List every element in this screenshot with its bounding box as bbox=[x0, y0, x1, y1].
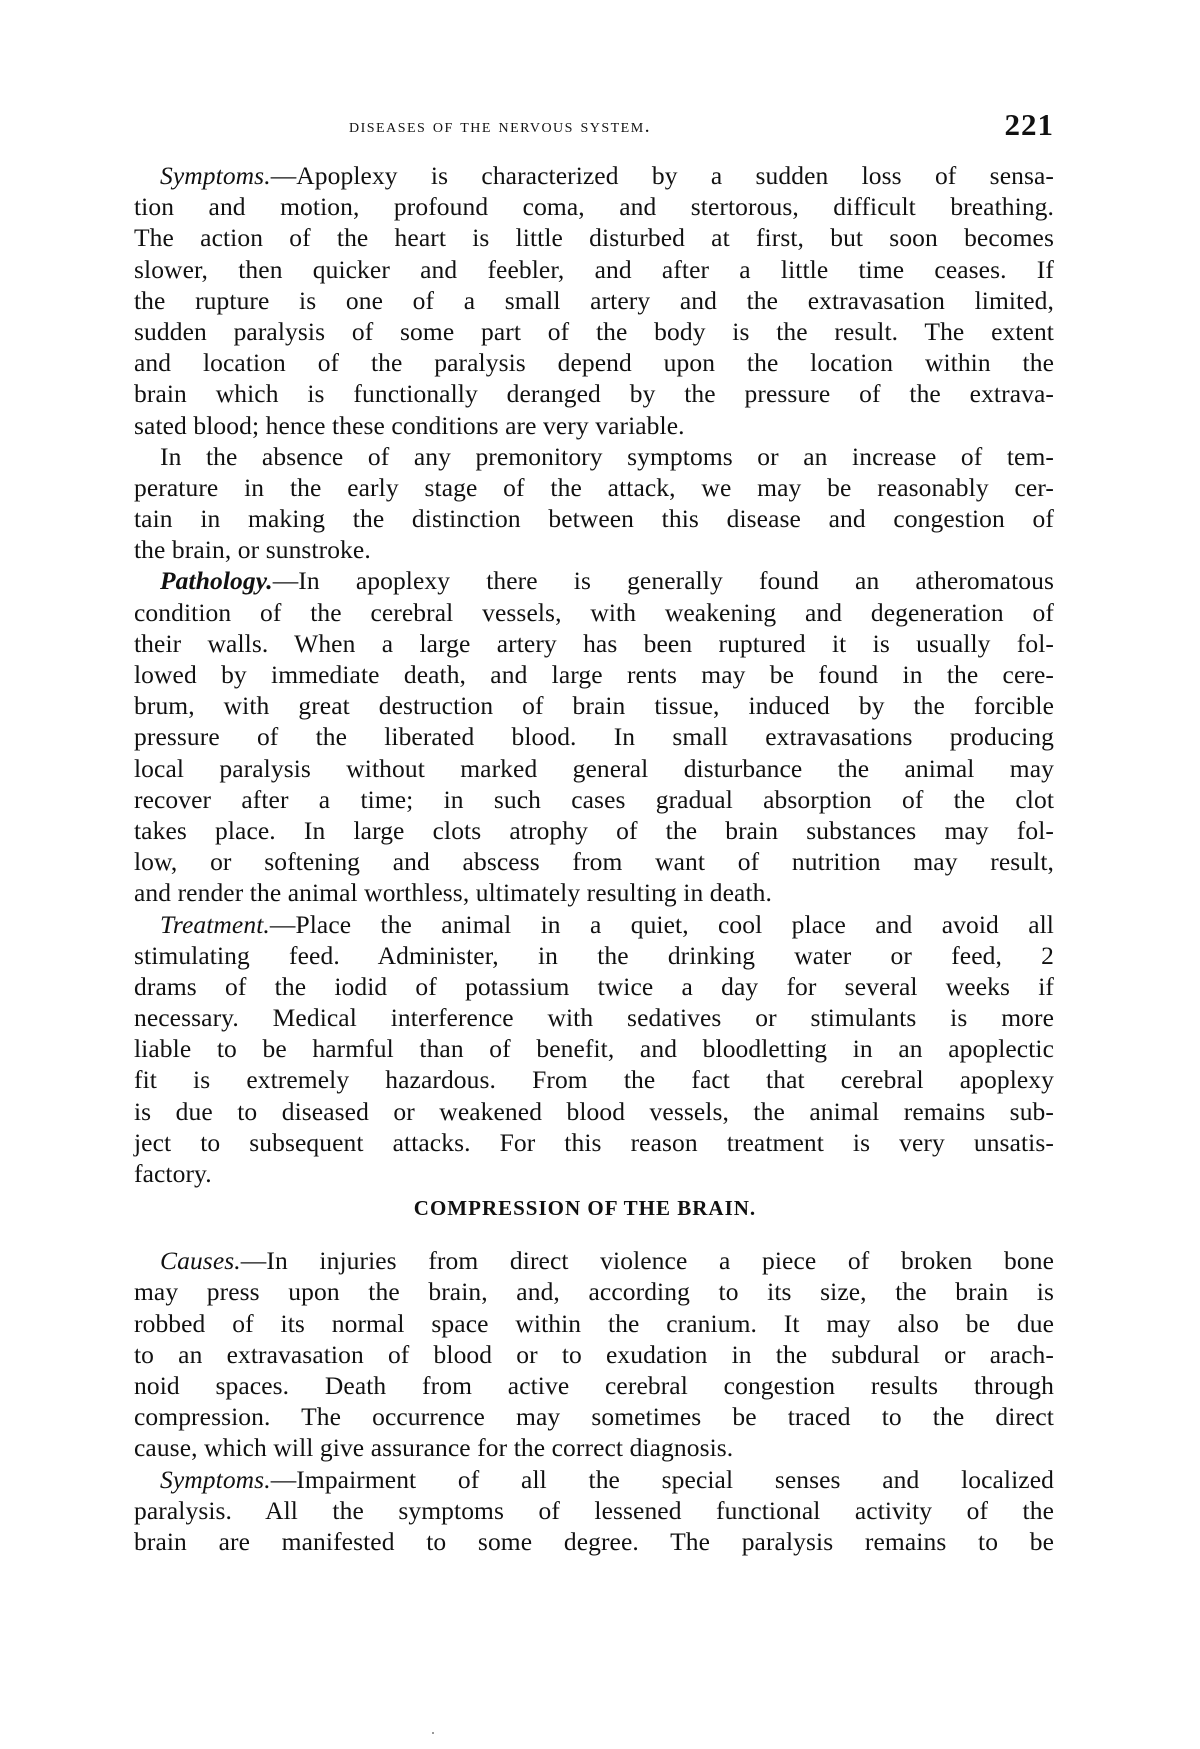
text-line: tain in making the distinction between t… bbox=[134, 503, 1054, 534]
paragraph-compression-symptoms: Symptoms.—Impairment of all the special … bbox=[134, 1464, 1054, 1558]
text-line: noid spaces. Death from active cerebral … bbox=[134, 1370, 1054, 1401]
body-text: Symptoms.—Apoplexy is characterized by a… bbox=[134, 160, 1054, 1557]
paragraph-compression-causes: Causes.—In injuries from direct violence… bbox=[134, 1245, 1054, 1463]
text-line: Symptoms.—Apoplexy is characterized by a… bbox=[134, 160, 1054, 191]
text-line: sated blood; hence these conditions are … bbox=[134, 410, 1054, 441]
paragraph-apoplexy-diagnosis: In the absence of any premonitory sympto… bbox=[134, 441, 1054, 566]
text-line: ject to subsequent attacks. For this rea… bbox=[134, 1127, 1054, 1158]
text-line: local paralysis without marked general d… bbox=[134, 753, 1054, 784]
text-line: factory. bbox=[134, 1158, 1054, 1189]
section-heading-compression-of-the-brain: COMPRESSION OF THE BRAIN. bbox=[134, 1193, 1054, 1237]
text-line: their walls. When a large artery has bee… bbox=[134, 628, 1054, 659]
text-line: brain which is functionally deranged by … bbox=[134, 378, 1054, 409]
text-line: cause, which will give assurance for the… bbox=[134, 1432, 1054, 1463]
text-line: the rupture is one of a small artery and… bbox=[134, 285, 1054, 316]
text-line: is due to diseased or weakened blood ves… bbox=[134, 1096, 1054, 1127]
text-line: compression. The occurrence may sometime… bbox=[134, 1401, 1054, 1432]
text-line: fit is extremely hazardous. From the fac… bbox=[134, 1064, 1054, 1095]
run-in-heading: Symptoms. bbox=[160, 1465, 271, 1494]
text-line: and render the animal worthless, ultimat… bbox=[134, 877, 1054, 908]
text-line: to an extravasation of blood or to exuda… bbox=[134, 1339, 1054, 1370]
text-line: Treatment.—Place the animal in a quiet, … bbox=[134, 909, 1054, 940]
run-in-heading: Causes. bbox=[160, 1246, 241, 1275]
text-line: lowed by immediate death, and large rent… bbox=[134, 659, 1054, 690]
text-line: takes place. In large clots atrophy of t… bbox=[134, 815, 1054, 846]
running-head-title: DISEASES OF THE NERVOUS SYSTEM. bbox=[349, 115, 651, 138]
text-line: Causes.—In injuries from direct violence… bbox=[134, 1245, 1054, 1276]
running-head: DISEASES OF THE NERVOUS SYSTEM. 221 bbox=[134, 107, 1054, 147]
text-line: paralysis. All the symptoms of lessened … bbox=[134, 1495, 1054, 1526]
run-in-heading: Pathology. bbox=[160, 566, 273, 595]
text-line: drams of the iodid of potassium twice a … bbox=[134, 971, 1054, 1002]
paragraph-apoplexy-treatment: Treatment.—Place the animal in a quiet, … bbox=[134, 909, 1054, 1190]
text-line: The action of the heart is little distur… bbox=[134, 222, 1054, 253]
text-line: necessary. Medical interference with sed… bbox=[134, 1002, 1054, 1033]
text-line: stimulating feed. Administer, in the dri… bbox=[134, 940, 1054, 971]
text-line: brum, with great destruction of brain ti… bbox=[134, 690, 1054, 721]
paragraph-apoplexy-symptoms: Symptoms.—Apoplexy is characterized by a… bbox=[134, 160, 1054, 441]
paragraph-apoplexy-pathology: Pathology.—In apoplexy there is generall… bbox=[134, 565, 1054, 908]
page-number: 221 bbox=[1005, 107, 1055, 143]
text-line: sudden paralysis of some part of the bod… bbox=[134, 316, 1054, 347]
text-line: In the absence of any premonitory sympto… bbox=[134, 441, 1054, 472]
text-line: may press upon the brain, and, according… bbox=[134, 1276, 1054, 1307]
text-line: brain are manifested to some degree. The… bbox=[134, 1526, 1054, 1557]
run-in-heading: Symptoms. bbox=[160, 161, 271, 190]
text-line: pressure of the liberated blood. In smal… bbox=[134, 721, 1054, 752]
text-line: low, or softening and abscess from want … bbox=[134, 846, 1054, 877]
text-line: and location of the paralysis depend upo… bbox=[134, 347, 1054, 378]
text-line: robbed of its normal space within the cr… bbox=[134, 1308, 1054, 1339]
text-line: Pathology.—In apoplexy there is generall… bbox=[134, 565, 1054, 596]
text-line: Symptoms.—Impairment of all the special … bbox=[134, 1464, 1054, 1495]
text-line: slower, then quicker and feebler, and af… bbox=[134, 254, 1054, 285]
text-line: condition of the cerebral vessels, with … bbox=[134, 597, 1054, 628]
text-line: perature in the early stage of the attac… bbox=[134, 472, 1054, 503]
text-line: liable to be harmful than of benefit, an… bbox=[134, 1033, 1054, 1064]
text-line: the brain, or sunstroke. bbox=[134, 534, 1054, 565]
text-line: tion and motion, profound coma, and ster… bbox=[134, 191, 1054, 222]
text-line: recover after a time; in such cases grad… bbox=[134, 784, 1054, 815]
run-in-heading: Treatment. bbox=[160, 910, 270, 939]
scan-speck bbox=[432, 1732, 434, 1734]
